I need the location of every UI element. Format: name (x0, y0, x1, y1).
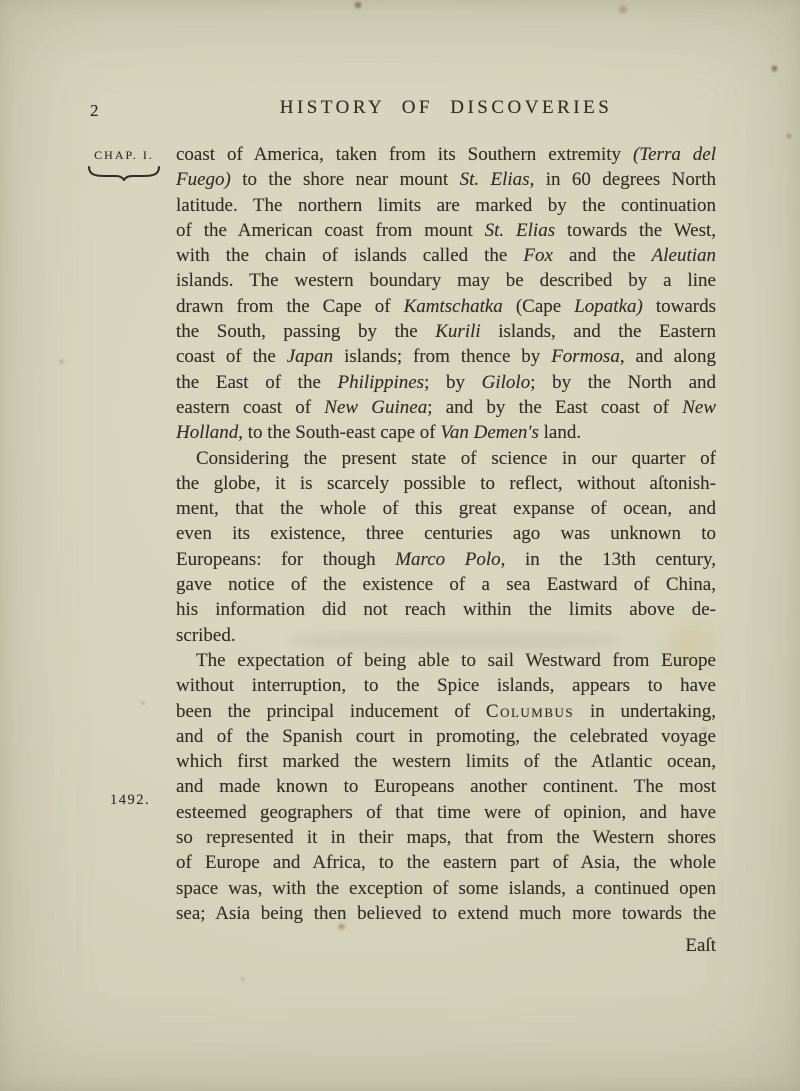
text-segment: Aleutian (652, 245, 716, 266)
text-segment: without interruption, to the Spice islan… (176, 675, 716, 696)
foxing-stain (140, 700, 146, 706)
text-line: Fuego) to the shore near mount St. Elias… (176, 167, 716, 192)
text-line: been the principal inducement of Columbu… (176, 699, 716, 724)
foxing-stain (240, 976, 246, 982)
text-segment: with the chain of islands called the (176, 245, 523, 266)
foxing-stain (770, 64, 779, 73)
text-line: which first marked the western limits of… (176, 749, 716, 774)
text-segment: Formosa (551, 346, 620, 367)
text-line: and of the Spanish court in promoting, t… (176, 724, 716, 749)
text-line: the South, passing by the Kurili islands… (176, 319, 716, 344)
text-segment: Europeans: for though (176, 549, 395, 570)
margin-year: 1492. (110, 792, 150, 809)
text-segment: coast of the (176, 346, 287, 367)
running-header: HISTORY OF DISCOVERIES (176, 97, 716, 119)
text-line: coast of America, taken from its Souther… (176, 142, 716, 167)
text-segment: Fox (523, 245, 553, 266)
text-line: the globe, it is scarcely possible to re… (176, 471, 716, 496)
text-line: space was, with the exception of some is… (176, 876, 716, 901)
text-segment: islands. The western boundary may be des… (176, 270, 716, 291)
text-segment: sea; Asia being then believed to extend … (176, 903, 716, 924)
text-segment: islands, and the Eastern (481, 321, 716, 342)
text-segment: St. Elias (485, 220, 555, 241)
text-segment: (Terra del (633, 144, 716, 165)
text-segment: towards (643, 296, 716, 317)
text-line: of Europe and Africa, to the eastern par… (176, 850, 716, 875)
text-line: gave notice of the existence of a sea Ea… (176, 572, 716, 597)
text-line: Considering the present state of science… (176, 446, 716, 471)
foxing-stain (352, 1, 364, 9)
text-segment: and of the Spanish court in promoting, t… (176, 726, 716, 747)
text-line: scribed. (176, 623, 716, 648)
text-line: eastern coast of New Guinea; and by the … (176, 395, 716, 420)
book-page: 2 HISTORY OF DISCOVERIES CHAP. I. 1492. … (0, 0, 800, 1091)
catchword: Eaſt (176, 935, 716, 957)
text-line: islands. The western boundary may be des… (176, 268, 716, 293)
text-segment: land. (539, 422, 581, 443)
text-line: The expectation of being able to sail We… (176, 648, 716, 673)
chapter-marginal: CHAP. I. (84, 146, 164, 181)
text-segment: and the (553, 245, 652, 266)
text-segment: coast of America, taken from its Souther… (176, 144, 633, 165)
text-segment: Philippines (338, 372, 425, 393)
text-line: even its existence, three centuries ago … (176, 521, 716, 546)
text-segment: the South, passing by the (176, 321, 435, 342)
text-segment: , and along (620, 346, 716, 367)
text-segment: Kurili (435, 321, 480, 342)
text-segment: esteemed geographers of that time were o… (176, 802, 716, 823)
chapter-label: CHAP. I. (94, 148, 154, 162)
text-line: without interruption, to the Spice islan… (176, 673, 716, 698)
text-segment: his information did not reach within the… (176, 599, 716, 620)
text-line: with the chain of islands called the Fox… (176, 243, 716, 268)
page-number: 2 (90, 101, 99, 121)
text-segment: the globe, it is scarcely possible to re… (176, 473, 716, 494)
text-segment: Considering the present state of science… (196, 448, 716, 469)
body-text: coast of America, taken from its Souther… (176, 142, 716, 926)
text-line: and made known to Europeans another cont… (176, 774, 716, 799)
text-segment: ; and by the East coast of (427, 397, 682, 418)
text-segment: in undertaking, (574, 701, 716, 722)
text-line: drawn from the Cape of Kamtschatka (Cape… (176, 294, 716, 319)
text-line: ment, that the whole of this great expan… (176, 496, 716, 521)
text-line: sea; Asia being then believed to extend … (176, 901, 716, 926)
text-line: of the American coast from mount St. Eli… (176, 218, 716, 243)
text-segment: islands; from thence by (333, 346, 551, 367)
foxing-stain (58, 358, 65, 365)
text-segment: Lopatka) (574, 296, 643, 317)
text-line: latitude. The northern limits are marked… (176, 193, 716, 218)
text-segment: , in the 13th century, (501, 549, 716, 570)
text-segment: ment, that the whole of this great expan… (176, 498, 716, 519)
text-segment: Marco Polo (395, 549, 500, 570)
text-segment: which first marked the western limits of… (176, 751, 716, 772)
underbrace-ornament (87, 165, 161, 181)
foxing-stain (785, 132, 793, 140)
text-segment: scribed. (176, 625, 236, 646)
text-segment: gave notice of the existence of a sea Ea… (176, 574, 716, 595)
text-segment: Columbus (486, 701, 574, 722)
text-segment: Japan (287, 346, 333, 367)
text-line: Europeans: for though Marco Polo, in the… (176, 547, 716, 572)
text-segment: (Cape (503, 296, 574, 317)
text-segment: space was, with the exception of some is… (176, 878, 716, 899)
text-line: so represented it in their maps, that fr… (176, 825, 716, 850)
text-segment: The expectation of being able to sail We… (196, 650, 716, 671)
text-segment: so represented it in their maps, that fr… (176, 827, 716, 848)
text-segment: New Guinea (324, 397, 427, 418)
text-segment: Fuego) (176, 169, 231, 190)
text-segment: and made known to Europeans another cont… (176, 776, 716, 797)
text-segment: drawn from the Cape of (176, 296, 404, 317)
text-segment: Holland (176, 422, 238, 443)
text-segment: of the American coast from mount (176, 220, 485, 241)
text-segment: of Europe and Africa, to the eastern par… (176, 852, 716, 873)
text-line: the East of the Philippines; by Gilolo; … (176, 370, 716, 395)
text-segment: ; by (424, 372, 482, 393)
text-segment: , in 60 degrees North (530, 169, 716, 190)
text-segment: been the principal inducement of (176, 701, 486, 722)
foxing-stain (616, 5, 630, 14)
text-line: coast of the Japan islands; from thence … (176, 344, 716, 369)
text-segment: to the shore near mount (231, 169, 460, 190)
text-segment: towards the West, (555, 220, 716, 241)
text-segment: ; by the North and (530, 372, 716, 393)
text-segment: St. Elias (460, 169, 530, 190)
text-segment: the East of the (176, 372, 338, 393)
text-segment: Van Demen's (440, 422, 539, 443)
text-segment: , to the South-east cape of (238, 422, 440, 443)
text-line: his information did not reach within the… (176, 597, 716, 622)
text-segment: Kamtschatka (404, 296, 503, 317)
text-line: esteemed geographers of that time were o… (176, 800, 716, 825)
text-segment: even its existence, three centuries ago … (176, 523, 716, 544)
text-segment: eastern coast of (176, 397, 324, 418)
text-line: Holland, to the South-east cape of Van D… (176, 420, 716, 445)
text-segment: Gilolo (482, 372, 531, 393)
text-segment: New (682, 397, 716, 418)
text-segment: latitude. The northern limits are marked… (176, 195, 716, 216)
